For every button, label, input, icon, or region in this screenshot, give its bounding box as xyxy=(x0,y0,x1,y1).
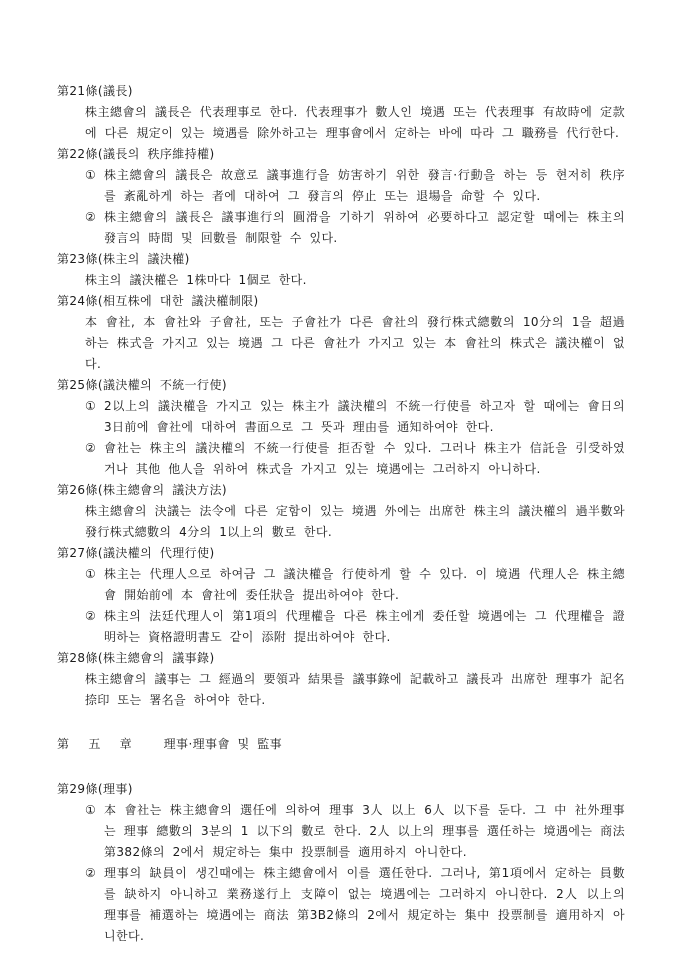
article-heading: 第21條(議長) xyxy=(57,81,625,102)
clause: ①2以上의 議決權을 가지고 있는 株主가 議決權의 不統一行使를 하고자 할 … xyxy=(85,396,625,438)
clause: ②會社는 株主의 議決權의 不統一行使를 拒否할 수 있다. 그러나 株主가 信… xyxy=(85,438,625,480)
article-block: 第21條(議長)株主總會의 議長은 代表理事로 한다. 代表理事가 數人인 境遇… xyxy=(57,81,625,144)
article-heading: 第29條(理事) xyxy=(57,779,625,800)
clause-text: 株主總會의 決議는 法令에 다른 定함이 있는 境遇 外에는 出席한 株主의 議… xyxy=(85,501,625,543)
chapter-title: 理事·理事會 및 監事 xyxy=(164,737,282,751)
clause-marker: ② xyxy=(85,606,104,648)
clause-text: 株主의 議決權은 1株마다 1個로 한다. xyxy=(85,270,625,291)
clause-marker: ② xyxy=(85,438,104,480)
clause-text: 株主는 代理人으로 하여금 그 議決權을 行使하게 할 수 있다. 이 境遇 代… xyxy=(104,564,625,606)
clause-text: 株主總會의 議長은 議事進行의 圓滑을 기하기 위하여 必要하다고 認定할 때에… xyxy=(104,207,625,249)
article-heading: 第24條(相互株에 대한 議決權制限) xyxy=(57,291,625,312)
article-block: 第26條(株主總會의 議決方法)株主總會의 決議는 法令에 다른 定함이 있는 … xyxy=(57,480,625,543)
article-heading: 第22條(議長의 秩序維持權) xyxy=(57,144,625,165)
document-page: 第21條(議長)株主總會의 議長은 代表理事로 한다. 代表理事가 數人인 境遇… xyxy=(57,81,625,947)
article-block: 第25條(議決權의 不統一行使)①2以上의 議決權을 가지고 있는 株主가 議決… xyxy=(57,375,625,480)
article-block: 第22條(議長의 秩序維持權)①株主總會의 議長은 故意로 議事進行을 妨害하기… xyxy=(57,144,625,249)
clause-text: 2以上의 議決權을 가지고 있는 株主가 議決權의 不統一行使를 하고자 할 때… xyxy=(104,396,625,438)
article-heading: 第28條(株主總會의 議事錄) xyxy=(57,648,625,669)
article-heading: 第26條(株主總會의 議決方法) xyxy=(57,480,625,501)
clause: ②理事의 缺員이 생긴때에는 株主總會에서 이를 選任한다. 그러나, 第1項에… xyxy=(85,863,625,947)
article-block: 第28條(株主總會의 議事錄)株主總會의 議事는 그 經過의 要領과 結果를 議… xyxy=(57,648,625,711)
article-heading: 第25條(議決權의 不統一行使) xyxy=(57,375,625,396)
clause-text: 本 會社는 株主總會의 選任에 의하여 理事 3人 以上 6人 以下를 둔다. … xyxy=(104,800,625,863)
clause-marker: ① xyxy=(85,564,104,606)
clause-text: 株主의 法廷代理人이 第1項의 代理權을 다른 株主에게 委任할 境遇에는 그 … xyxy=(104,606,625,648)
clause-marker: ① xyxy=(85,800,104,863)
article-heading: 第27條(議決權의 代理行使) xyxy=(57,543,625,564)
clause-text: 會社는 株主의 議決權의 不統一行使를 拒否할 수 있다. 그러나 株主가 信託… xyxy=(104,438,625,480)
chapter-heading: 第 五 章理事·理事會 및 監事 xyxy=(57,734,625,755)
clause: ②株主의 法廷代理人이 第1項의 代理權을 다른 株主에게 委任할 境遇에는 그… xyxy=(85,606,625,648)
clause: ②株主總會의 議長은 議事進行의 圓滑을 기하기 위하여 必要하다고 認定할 때… xyxy=(85,207,625,249)
article-block: 第24條(相互株에 대한 議決權制限)本 會社, 本 會社와 子會社, 또는 子… xyxy=(57,291,625,375)
clause-text: 株主總會의 議長은 故意로 議事進行을 妨害하기 위한 發言·行動을 하는 등 … xyxy=(104,165,625,207)
clause: ①本 會社는 株主總會의 選任에 의하여 理事 3人 以上 6人 以下를 둔다.… xyxy=(85,800,625,863)
article-block: 第29條(理事)①本 會社는 株主總會의 選任에 의하여 理事 3人 以上 6人… xyxy=(57,779,625,947)
clause-marker: ② xyxy=(85,863,104,947)
clause-marker: ① xyxy=(85,165,104,207)
article-block: 第23條(株主의 議決權)株主의 議決權은 1株마다 1個로 한다. xyxy=(57,249,625,291)
article-block: 第27條(議決權의 代理行使)①株主는 代理人으로 하여금 그 議決權을 行使하… xyxy=(57,543,625,648)
clause-text: 株主總會의 議長은 代表理事로 한다. 代表理事가 數人인 境遇 또는 代表理事… xyxy=(85,102,625,144)
clause-marker: ① xyxy=(85,396,104,438)
clause: ①株主總會의 議長은 故意로 議事進行을 妨害하기 위한 發言·行動을 하는 등… xyxy=(85,165,625,207)
clause-text: 株主總會의 議事는 그 經過의 要領과 結果를 議事錄에 記載하고 議長과 出席… xyxy=(85,669,625,711)
chapter-label: 第 五 章 xyxy=(57,737,138,751)
clause-marker: ② xyxy=(85,207,104,249)
clause-text: 理事의 缺員이 생긴때에는 株主總會에서 이를 選任한다. 그러나, 第1項에서… xyxy=(104,863,625,947)
clause-text: 本 會社, 本 會社와 子會社, 또는 子會社가 다른 會社의 發行株式總數의 … xyxy=(85,312,625,375)
article-heading: 第23條(株主의 議決權) xyxy=(57,249,625,270)
clause: ①株主는 代理人으로 하여금 그 議決權을 行使하게 할 수 있다. 이 境遇 … xyxy=(85,564,625,606)
